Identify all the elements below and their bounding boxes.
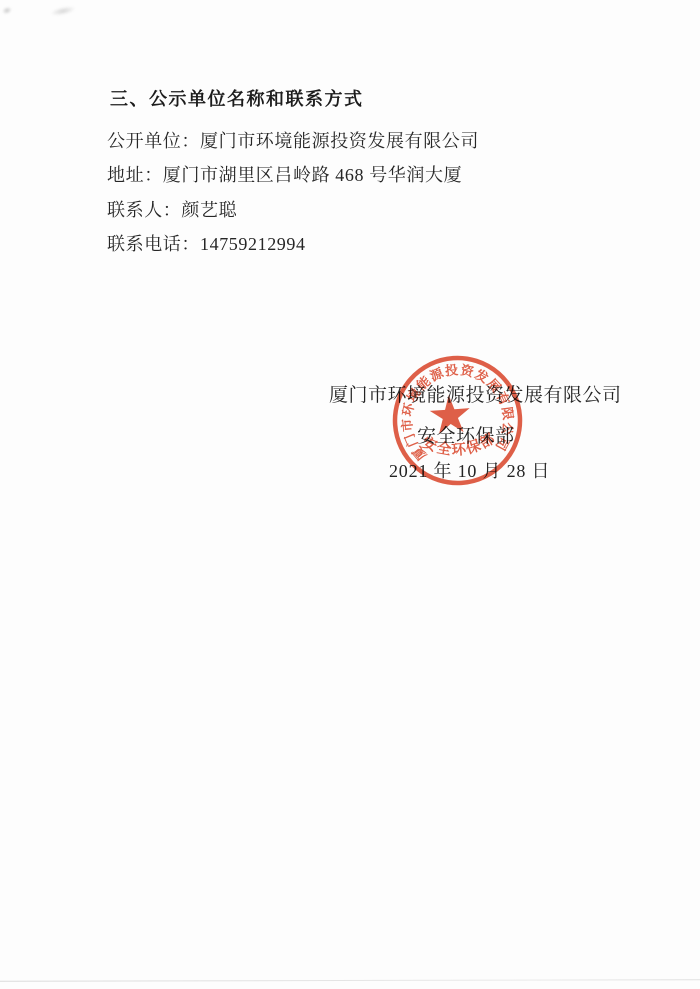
scan-smudge <box>1 6 13 16</box>
info-line-contact-phone: 联系电话：14759212994 <box>107 230 306 256</box>
section-heading: 三、公示单位名称和联系方式 <box>110 85 364 111</box>
page-edge-scan-line <box>0 979 700 982</box>
company-seal-stamp: 厦门市环境能源投资发展有限公司 安全环保部 <box>382 345 532 495</box>
star-icon <box>429 394 472 435</box>
info-line-public-unit: 公开单位：厦门市环境能源投资发展有限公司 <box>107 127 479 153</box>
seal-department-text: 安全环保部 <box>419 428 500 461</box>
info-line-contact-person: 联系人：颜艺聪 <box>107 196 237 222</box>
info-line-address: 地址：厦门市湖里区吕岭路 468 号华润大厦 <box>107 161 462 187</box>
document-page: 三、公示单位名称和联系方式 公开单位：厦门市环境能源投资发展有限公司 地址：厦门… <box>0 0 700 989</box>
scan-smudge <box>49 4 76 17</box>
